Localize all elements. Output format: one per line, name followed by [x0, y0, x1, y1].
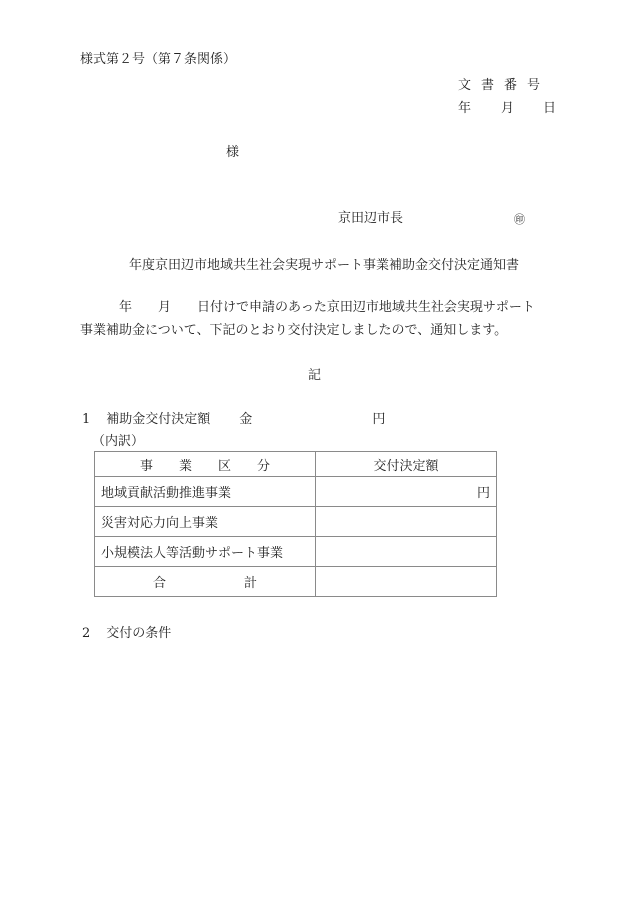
table-total-row: 合 計: [95, 567, 497, 597]
section-1-grant-amount: 1補助金交付決定額金円: [82, 412, 385, 428]
date-month: 月: [501, 101, 543, 117]
yen-label: 円: [372, 412, 385, 427]
row-category: 小規模法人等活動サポート事業: [95, 537, 316, 567]
kin-label: 金: [239, 412, 252, 427]
total-amount: [316, 567, 497, 597]
addressee-suffix: 様: [226, 145, 239, 161]
section-1-label: 補助金交付決定額: [106, 412, 210, 427]
section-1-number: 1: [82, 412, 90, 427]
row-category: 災害対応力向上事業: [95, 507, 316, 537]
table-row: 地域貢献活動推進事業 円: [95, 477, 497, 507]
header-category: 事 業 区 分: [95, 452, 316, 477]
section-2-number: 2: [82, 626, 90, 641]
issuer-name: 京田辺市長: [338, 211, 403, 227]
form-number: 様式第２号（第７条関係）: [80, 52, 236, 68]
date-year: 年: [458, 101, 501, 117]
row-category: 地域貢献活動推進事業: [95, 477, 316, 507]
row-amount: 円: [316, 477, 497, 507]
table-header-row: 事 業 区 分 交付決定額: [95, 452, 497, 477]
date-day: 日: [543, 101, 556, 117]
breakdown-table: 事 業 区 分 交付決定額 地域貢献活動推進事業 円 災害対応力向上事業 小規模…: [94, 451, 497, 597]
body-line-1: 年 月 日付けで申請のあった京田辺市地域共生社会実現サポート: [80, 300, 535, 316]
table-row: 災害対応力向上事業: [95, 507, 497, 537]
breakdown-label: （内訳）: [92, 434, 144, 450]
ki-heading: 記: [308, 368, 321, 384]
row-amount: [316, 507, 497, 537]
total-label: 合 計: [95, 567, 316, 597]
document-title: 年度京田辺市地域共生社会実現サポート事業補助金交付決定通知書: [129, 258, 519, 274]
document-number-label: 文書番号: [458, 78, 550, 94]
row-amount: [316, 537, 497, 567]
section-2-conditions: 2交付の条件: [82, 626, 171, 642]
table-row: 小規模法人等活動サポート事業: [95, 537, 497, 567]
body-line-2: 事業補助金について、下記のとおり交付決定しましたので、通知します。: [80, 323, 507, 339]
seal-icon: ㊞: [514, 212, 525, 228]
section-2-label: 交付の条件: [106, 626, 171, 641]
header-amount: 交付決定額: [316, 452, 497, 477]
issue-date: 年月日: [458, 101, 556, 117]
